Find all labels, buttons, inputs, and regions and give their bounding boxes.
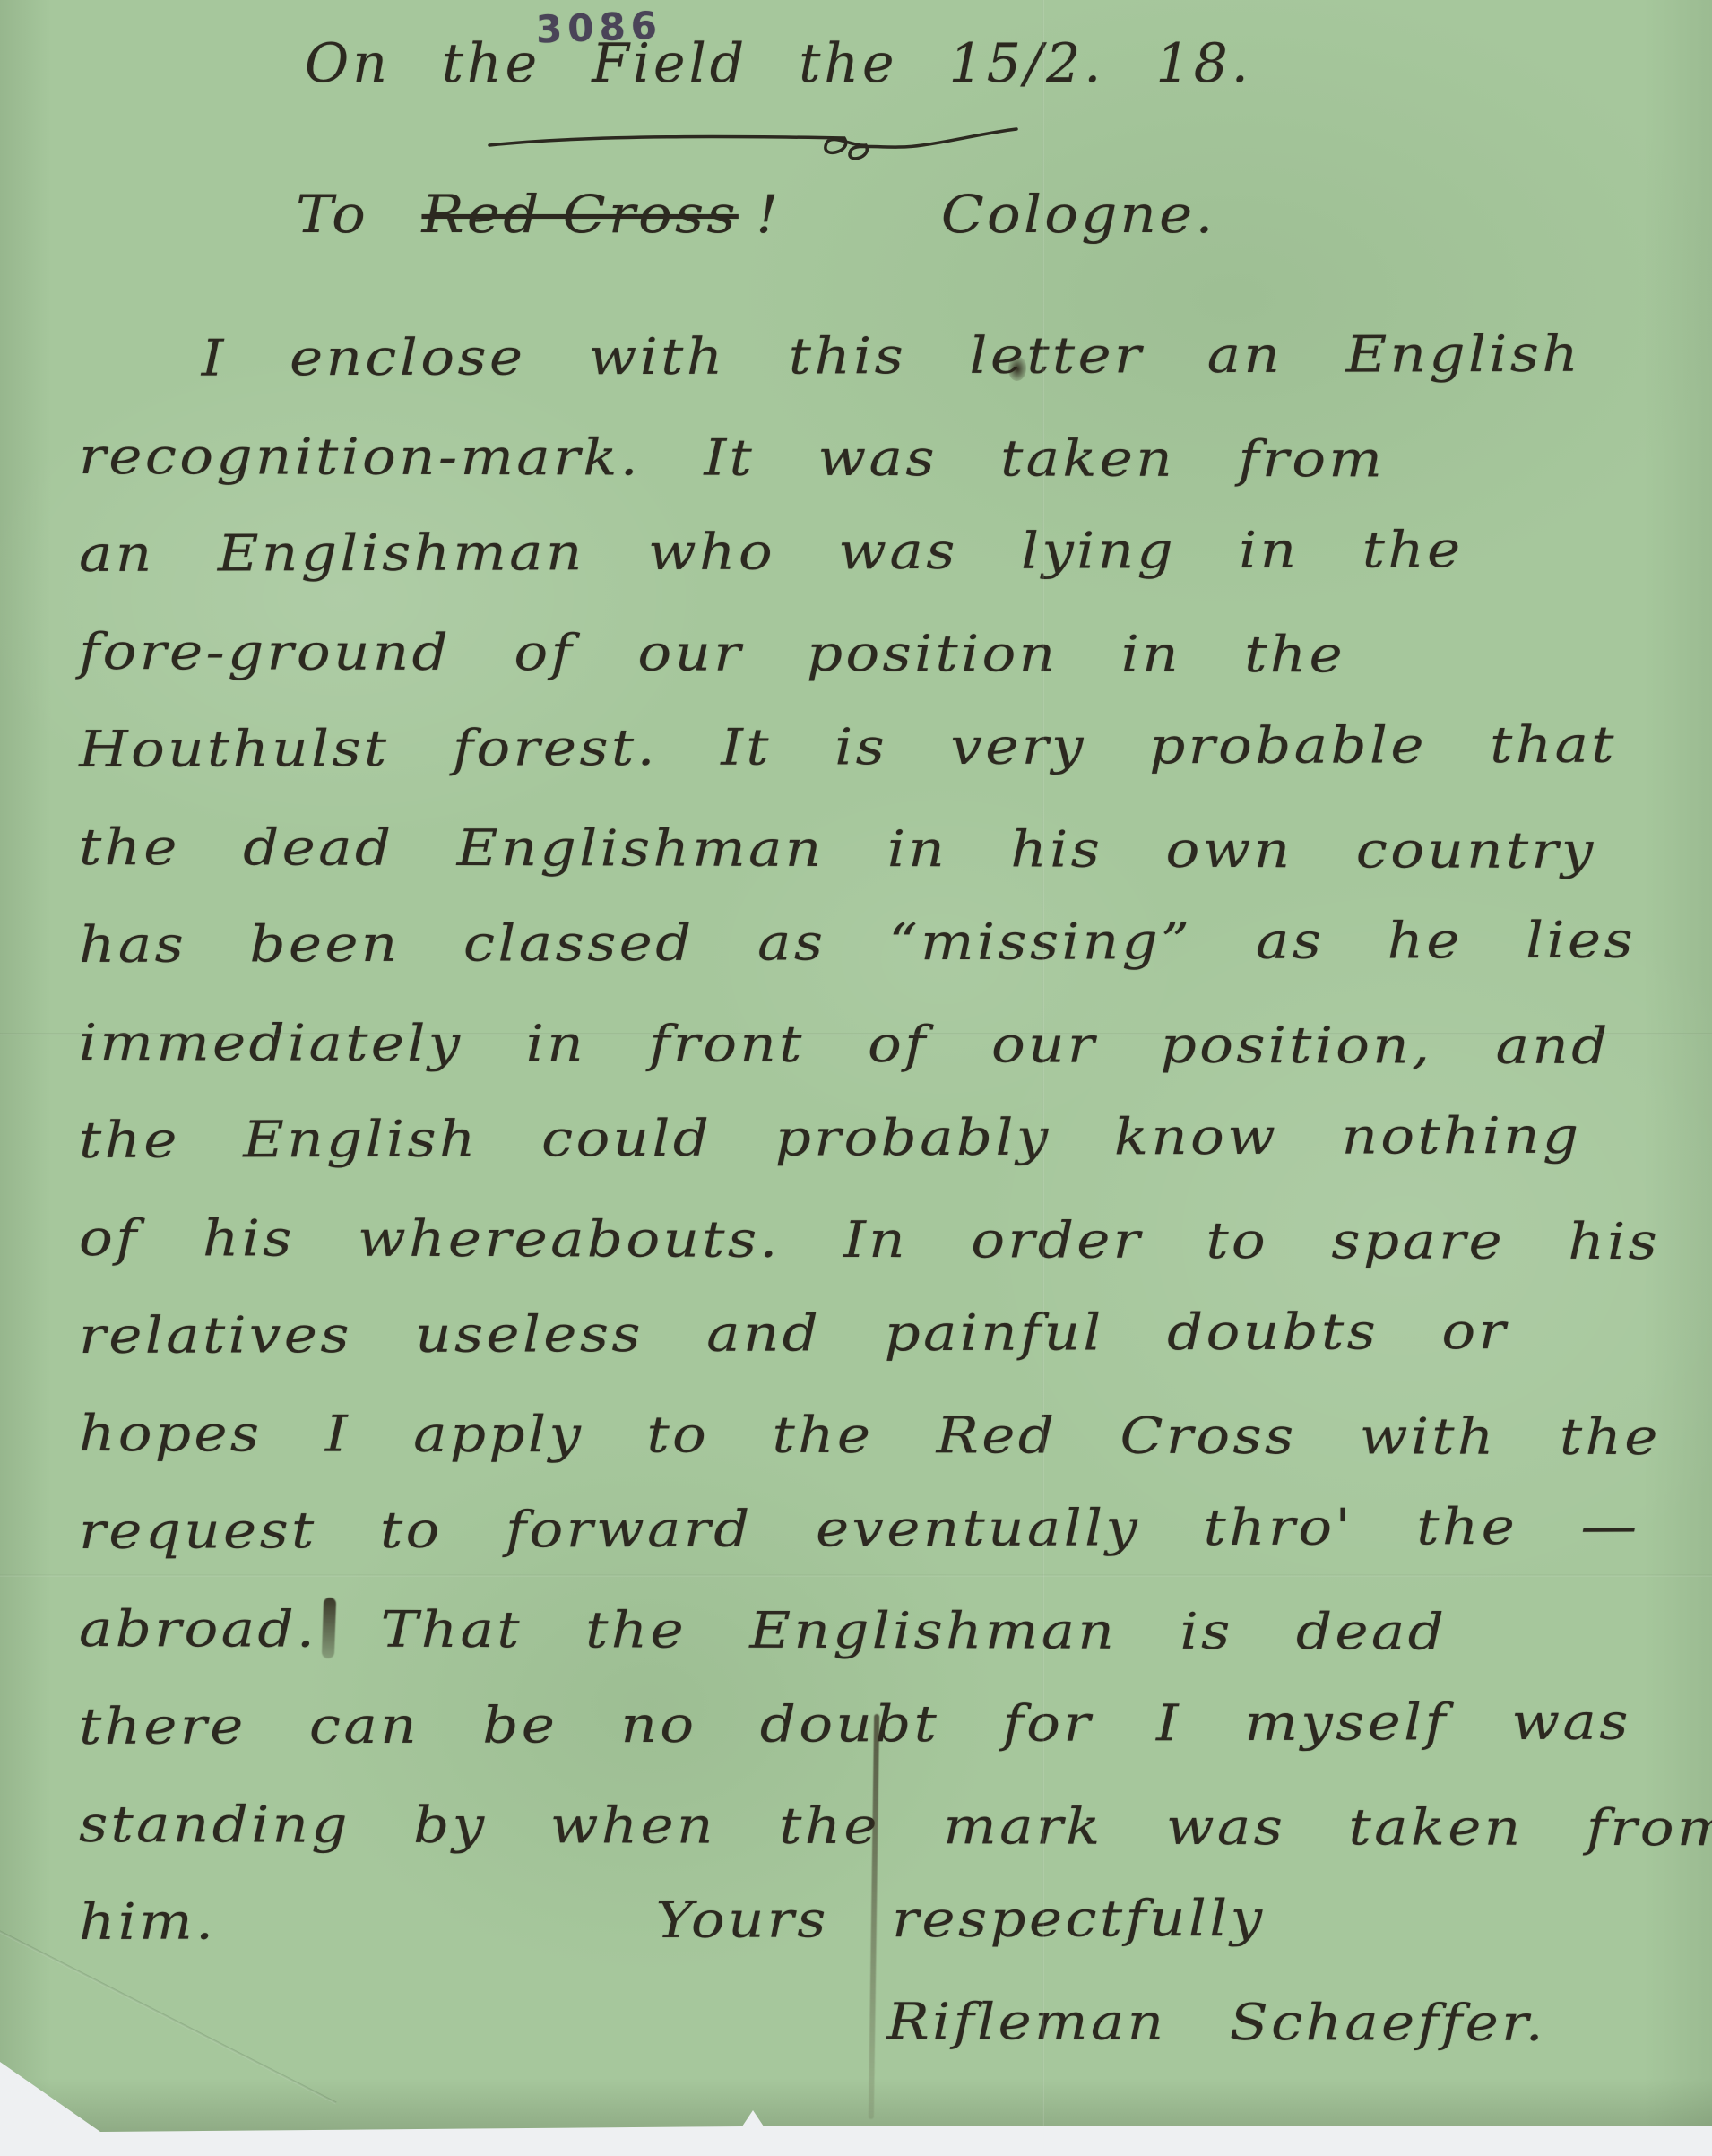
salutation-place: Cologne. [941,184,1216,245]
handwritten-line: fore-ground of our position in the [79,603,1712,706]
handwritten-line: of his whereabouts. In order to spare hi… [79,1190,1712,1292]
letter-body: I enclose with this letter an English re… [79,310,1656,2069]
closing-valediction: Yours respectfully [655,1870,1265,1970]
ink-blot [322,1598,336,1658]
handwritten-line: the English could probably know nothing [79,1087,1712,1190]
letter-heading-dateline: On the Field the 15/2. 18. [305,32,1252,95]
signature-line: Rifleman Schaeffer. [79,1971,1712,2074]
handwritten-line: has been classed as “missing” as he lies [79,891,1712,994]
horizontal-fold-crease [0,1033,1712,1035]
vertical-fold-crease [1042,0,1044,2132]
salutation-to: To [296,184,368,245]
salutation-exclamation: ! [756,184,781,245]
handwritten-line: the dead Englishman in his own country [79,799,1712,901]
closing-line: him. Yours respectfully [79,1868,1712,1971]
horizontal-fold-crease [0,1574,1712,1577]
closing-him: him. [79,1874,217,1971]
handwritten-line: request to forward eventually thro' the … [79,1477,1712,1580]
heading-underline-flourish [484,122,1022,161]
handwritten-line: I enclose with this letter an English [79,305,1712,408]
handwritten-line: immediately in front of our position, an… [79,994,1712,1096]
handwritten-line: hopes I apply to the Red Cross with the [79,1385,1712,1487]
salutation-line: ToRed Cross!Cologne. [296,184,1216,245]
handwritten-line: recognition-mark. It was taken from [79,408,1712,510]
handwritten-line: Houthulst forest. It is very probable th… [79,696,1712,799]
handwritten-line: relatives useless and painful doubts or [79,1282,1712,1385]
handwritten-line: standing by when the mark was taken from [79,1776,1712,1878]
salutation-struck-addressee: Red Cross [422,184,739,245]
handwritten-line: an Englishman who was lying in the [79,500,1712,603]
handwritten-line: there can be no doubt for I myself was [79,1673,1712,1776]
letter-paper: 3086 On the Field the 15/2. 18. ToRed Cr… [0,0,1712,2132]
